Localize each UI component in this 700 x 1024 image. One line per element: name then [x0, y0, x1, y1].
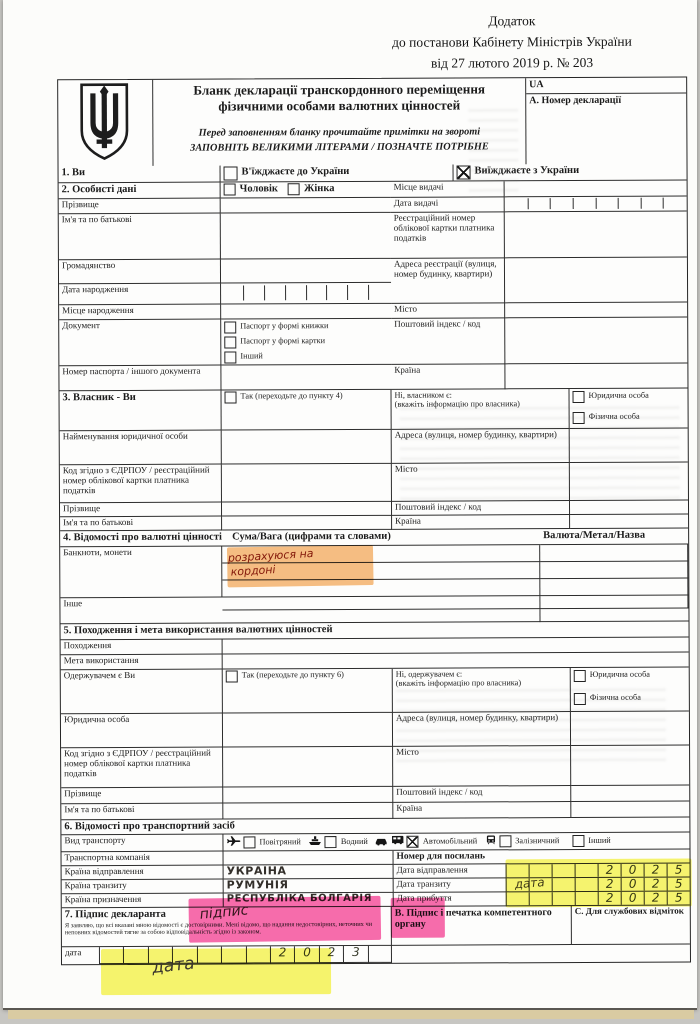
country-field[interactable] [505, 364, 687, 390]
sum-weight-label: Сума/Вага (цифрами та словами) [232, 531, 391, 543]
citizenship-label: Громадянство [59, 260, 221, 285]
city-field[interactable] [505, 303, 687, 319]
female-label: Жінка [304, 183, 335, 195]
male-checkbox[interactable] [224, 183, 236, 195]
edrpou-label: Код згідно з ЄДРПОУ / реєстраційний номе… [60, 465, 222, 504]
country-label: Країна [391, 364, 505, 389]
airplane-icon [226, 836, 241, 850]
section-4: 4. Відомості про валютні цінності Сума/В… [60, 529, 688, 625]
receiver-legal-checkbox[interactable] [574, 670, 586, 682]
section-b-label: В. Підпис і печатка компетентного органу [392, 906, 572, 946]
ship-icon [308, 835, 323, 849]
other-doc-checkbox[interactable] [224, 351, 236, 363]
owner-individual-label: Фізична особа [589, 412, 640, 421]
entity-name-label: Найменування юридичної особи [60, 431, 222, 466]
other-valuables-label: Інше [60, 598, 222, 625]
other-currency-field-1[interactable] [540, 596, 688, 610]
receiver-country-field[interactable] [571, 802, 689, 819]
owner-country-field[interactable] [570, 515, 688, 530]
document-options: Паспорт у формі книжки Паспорт у формі к… [221, 319, 391, 366]
handwritten-transit-date-note: дата [514, 878, 545, 892]
arrival-date-label: Дата прибуття [394, 892, 507, 906]
issue-date-field[interactable] [505, 197, 687, 213]
receiver-no-cell: Ні, одержувачем є: (вкажіть інформацію п… [393, 668, 571, 713]
receiver-yes-checkbox[interactable] [226, 670, 238, 682]
currency-header: Валюта/Метал/Назва [540, 529, 688, 546]
receiver-edrpou-label: Код згідно з ЄДРПОУ / реєстраційний номе… [61, 748, 223, 789]
transport-road-checkbox[interactable] [407, 836, 419, 848]
option-entering-ukraine[interactable]: В'їжджаєте до України [221, 165, 454, 183]
section-6: 6. Відомості про транспортний засіб Вид … [61, 818, 689, 909]
form-title: Бланк декларації транскордонного переміщ… [156, 81, 522, 114]
receiver-name-label: Ім'я та по батькові [61, 804, 223, 821]
transport-road-label: Автомобільний [423, 837, 477, 846]
section-2: 2. Особисті дані Чоловік Жінка Прізвище … [59, 181, 688, 392]
receiver-label: Одержувачем є Ви [61, 670, 223, 715]
transit-country-field[interactable]: РУМУНІЯ [224, 879, 394, 894]
form-header: Бланк декларації транскордонного переміщ… [58, 78, 686, 167]
section-5: 5. Походження і мета використання валютн… [61, 622, 690, 821]
transit-country-label: Країна транзиту [62, 880, 224, 895]
owner-surname-field[interactable] [222, 502, 392, 517]
receiver-edrpou-field[interactable] [223, 747, 393, 788]
departure-country-field[interactable]: УКРАЇНА [224, 865, 394, 880]
passport-book-label: Паспорт у формі книжки [240, 321, 328, 331]
transport-other-checkbox[interactable] [572, 835, 584, 847]
handwritten-settle-note: розрахуюся на кордоні [228, 547, 315, 580]
owner-no-hint: (вкажіть інформацію про власника) [395, 399, 566, 409]
owner-surname-label: Прізвище [60, 503, 222, 518]
owner-city-field[interactable] [570, 463, 688, 502]
receiver-yes-label: Так (переходьте до пункту 6) [242, 670, 344, 680]
entity-name-field[interactable] [222, 430, 392, 465]
receiver-address-label: Адреса (вулиця, номер будинку, квартири) [393, 712, 571, 747]
leaving-checkbox[interactable] [457, 165, 471, 179]
female-checkbox[interactable] [288, 183, 300, 195]
receiver-surname-field[interactable] [223, 787, 393, 804]
owner-individual-checkbox[interactable] [573, 412, 585, 424]
owner-address-field[interactable] [570, 429, 688, 464]
transport-water-checkbox[interactable] [325, 836, 337, 848]
owner-legal-checkbox[interactable] [573, 391, 585, 403]
owner-yes-label: Так (переходьте до пункту 4) [241, 391, 343, 401]
handwritten-destination-country: РЕСПУБЛІКА БОЛГАРІЯ [227, 893, 372, 905]
postal-label: Поштовий індекс / код [391, 318, 505, 364]
receiver-address-field[interactable] [571, 712, 689, 747]
declaration-statement: Я заявляю, що всі вказані мною відомості… [65, 920, 383, 936]
handwritten-bottom-date: дата [151, 954, 195, 979]
declaration-form: Бланк декларації транскордонного переміщ… [57, 77, 691, 966]
issue-place-label: Місце видачі [391, 181, 505, 197]
transport-air[interactable]: Повітряний [226, 835, 300, 849]
date-boxes[interactable]: 2 0 2 3 [100, 946, 392, 964]
purpose-label: Мета використання [61, 655, 223, 671]
name-field[interactable] [221, 213, 391, 260]
transport-type-label: Вид транспорту [61, 835, 223, 853]
surname-field[interactable] [221, 198, 391, 214]
emblem-cell [58, 80, 153, 166]
edrpou-field[interactable] [222, 464, 392, 503]
passport-book-checkbox[interactable] [224, 321, 236, 333]
transit-date-label: Дата транзиту [394, 878, 507, 892]
doc-number-field[interactable] [221, 365, 391, 391]
annex-line-1: Додаток [338, 11, 686, 33]
receiver-city-label: Місто [393, 746, 571, 787]
country-code: UA [526, 78, 686, 95]
handwritten-transit-country: РУМУНІЯ [227, 879, 289, 892]
transport-rail-label: Залізничний [515, 837, 559, 846]
name-label: Ім'я та по батькові [59, 214, 221, 261]
declaration-number-cell: UA А. Номер декларації [526, 78, 686, 165]
option-leaving-ukraine[interactable]: Виїжджаєте з України [454, 164, 687, 182]
section-c-label: С. Для службових відміток [572, 906, 690, 946]
departure-date-boxes[interactable]: 2025 [507, 864, 690, 879]
citizenship-field[interactable] [221, 259, 391, 284]
transport-water-label: Водний [341, 837, 368, 846]
paper-bottom-edge [8, 1010, 694, 1019]
transport-options: Повітряний Водний Автомобільний [223, 833, 689, 852]
other-doc-label: Інший [240, 351, 263, 360]
departure-date-label: Дата відправлення [394, 864, 507, 878]
birth-date-label: Дата народження [59, 284, 221, 306]
origin-label: Походження [61, 640, 223, 656]
train-icon [484, 834, 497, 848]
ukraine-trident-icon [76, 81, 132, 164]
receiver-country-label: Країна [393, 802, 571, 819]
owner-city-label: Місто [392, 463, 570, 502]
transport-rail[interactable]: Залізничний [484, 834, 559, 848]
section-4-label: 4. Відомості про валютні цінності [63, 532, 222, 544]
owner-yes-checkbox[interactable] [225, 391, 237, 403]
owner-name-label: Ім'я та по батькові [60, 517, 222, 532]
entering-checkbox[interactable] [224, 166, 238, 180]
annex-line-3: від 27 лютого 2019 р. № 203 [338, 52, 686, 74]
handwritten-departure-country: УКРАЇНА [227, 865, 287, 878]
owner-address-label: Адреса (вулиця, номер будинку, квартири) [392, 429, 570, 464]
departure-country-label: Країна відправлення [62, 866, 224, 881]
owner-legal-label: Юридична особа [589, 391, 649, 400]
banknotes-label: Банкноти, монети [60, 547, 222, 599]
doc-number-label: Номер паспорта / іншого документа [59, 366, 221, 392]
transport-company-field[interactable] [224, 851, 394, 866]
receiver-no-hint: (вкажіть інформацію про власника) [396, 678, 567, 688]
banknotes-sum-field-3[interactable] [222, 579, 540, 597]
reg-address-label: Адреса реєстрації (вулиця, номер будинку… [391, 258, 505, 303]
owner-postal-field[interactable] [570, 501, 688, 516]
birth-place-field[interactable] [221, 304, 391, 320]
male-label: Чоловік [240, 183, 278, 195]
car-icon [375, 835, 389, 849]
transit-date-boxes[interactable]: 2025 дата [507, 878, 690, 893]
receiver-legal-label: Юридична особа [590, 670, 650, 679]
receiver-postal-field[interactable] [571, 786, 689, 803]
receiver-postal-label: Поштовий індекс / код [393, 786, 571, 803]
banknotes-currency-field-2[interactable] [540, 562, 688, 580]
transport-company-label: Транспортна компанія [62, 852, 224, 867]
birth-date-field[interactable] [221, 283, 391, 305]
section-3-label: 3. Власник - Ви [60, 391, 222, 432]
transport-road[interactable]: Автомобільний [375, 834, 477, 848]
section-3: 3. Власник - Ви Так (переходьте до пункт… [60, 389, 689, 532]
city-label: Місто [391, 303, 505, 318]
owner-yes-option[interactable]: Так (переходьте до пункту 4) [221, 390, 391, 431]
passport-card-label: Паспорт у формі картки [240, 336, 325, 345]
owner-country-label: Країна [392, 515, 570, 530]
form-note-2: ЗАПОВНІТЬ ВЕЛИКИМИ ЛІТЕРАМИ / ПОЗНАЧТЕ П… [156, 141, 522, 154]
surname-label: Прізвище [59, 199, 221, 215]
receiver-entity-options: Юридична особа Фізична особа [571, 668, 689, 713]
issue-place-field[interactable] [505, 181, 687, 198]
reference-number-label: Номер для посилань [394, 850, 690, 865]
receiver-individual-checkbox[interactable] [574, 693, 586, 705]
tax-number-field[interactable] [505, 212, 687, 259]
annex-note: Додаток до постанови Кабінету Міністрів … [338, 11, 686, 75]
transport-water[interactable]: Водний [308, 835, 368, 849]
declaration-number-label: А. Номер декларації [526, 94, 686, 165]
transport-other-label: Інший [588, 836, 611, 845]
signature-block: 7. Підпис декларанта Я заявляю, що всі в… [62, 906, 690, 965]
postal-field[interactable] [505, 318, 687, 365]
birth-place-label: Місце народження [59, 305, 221, 321]
receiver-yes-option[interactable]: Так (переходьте до пункту 6) [223, 669, 393, 714]
tax-number-label: Реєстраційний номер облікової картки пла… [391, 212, 505, 258]
receiver-city-field[interactable] [571, 746, 689, 787]
receiver-name-field[interactable] [223, 803, 393, 820]
passport-card-checkbox[interactable] [224, 336, 236, 348]
document-label: Документ [59, 320, 221, 367]
section-1-label: 1. Ви [59, 166, 221, 184]
section-7-label: 7. Підпис декларанта [65, 909, 166, 920]
entering-label: В'їжджаєте до України [242, 166, 350, 178]
receiver-entity-name-label: Юридична особа [61, 714, 223, 749]
banknotes-currency-field-1[interactable] [540, 545, 688, 563]
receiver-individual-label: Фізична особа [590, 693, 641, 702]
transport-air-label: Повітряний [259, 838, 300, 847]
title-cell: Бланк декларації транскордонного переміщ… [153, 78, 526, 166]
transport-rail-checkbox[interactable] [499, 835, 511, 847]
receiver-entity-name-field[interactable] [223, 713, 393, 748]
destination-country-field[interactable]: РЕСПУБЛІКА БОЛГАРІЯ [224, 893, 394, 908]
owner-entity-options: Юридична особа Фізична особа [569, 389, 687, 430]
banknotes-currency-field-3[interactable] [540, 579, 688, 597]
owner-no-cell: Ні, власником є: (вкажіть інформацію про… [391, 389, 569, 430]
scanned-declaration-page: Додаток до постанови Кабінету Міністрів … [0, 0, 700, 1024]
gender-options: Чоловік Жінка [221, 182, 391, 199]
receiver-surname-label: Прізвище [61, 788, 223, 805]
date-label: дата [62, 947, 100, 964]
transport-air-checkbox[interactable] [243, 836, 255, 848]
reg-address-field[interactable] [505, 258, 687, 304]
leaving-label: Виїжджаєте з України [475, 165, 580, 177]
annex-line-2: до постанови Кабінету Міністрів України [338, 31, 686, 53]
bus-icon [391, 835, 405, 849]
owner-postal-label: Поштовий індекс / код [392, 501, 570, 516]
issue-date-label: Дата видачі [391, 197, 505, 212]
owner-name-field[interactable] [222, 516, 392, 531]
section-2-label: 2. Особисті дані [59, 183, 221, 200]
form-note-1: Перед заповненням бланку прочитайте прим… [156, 126, 522, 139]
other-currency-field-2[interactable] [540, 609, 688, 623]
arrival-date-boxes[interactable]: 2025 [507, 892, 690, 907]
transport-other[interactable]: Інший [572, 835, 611, 847]
